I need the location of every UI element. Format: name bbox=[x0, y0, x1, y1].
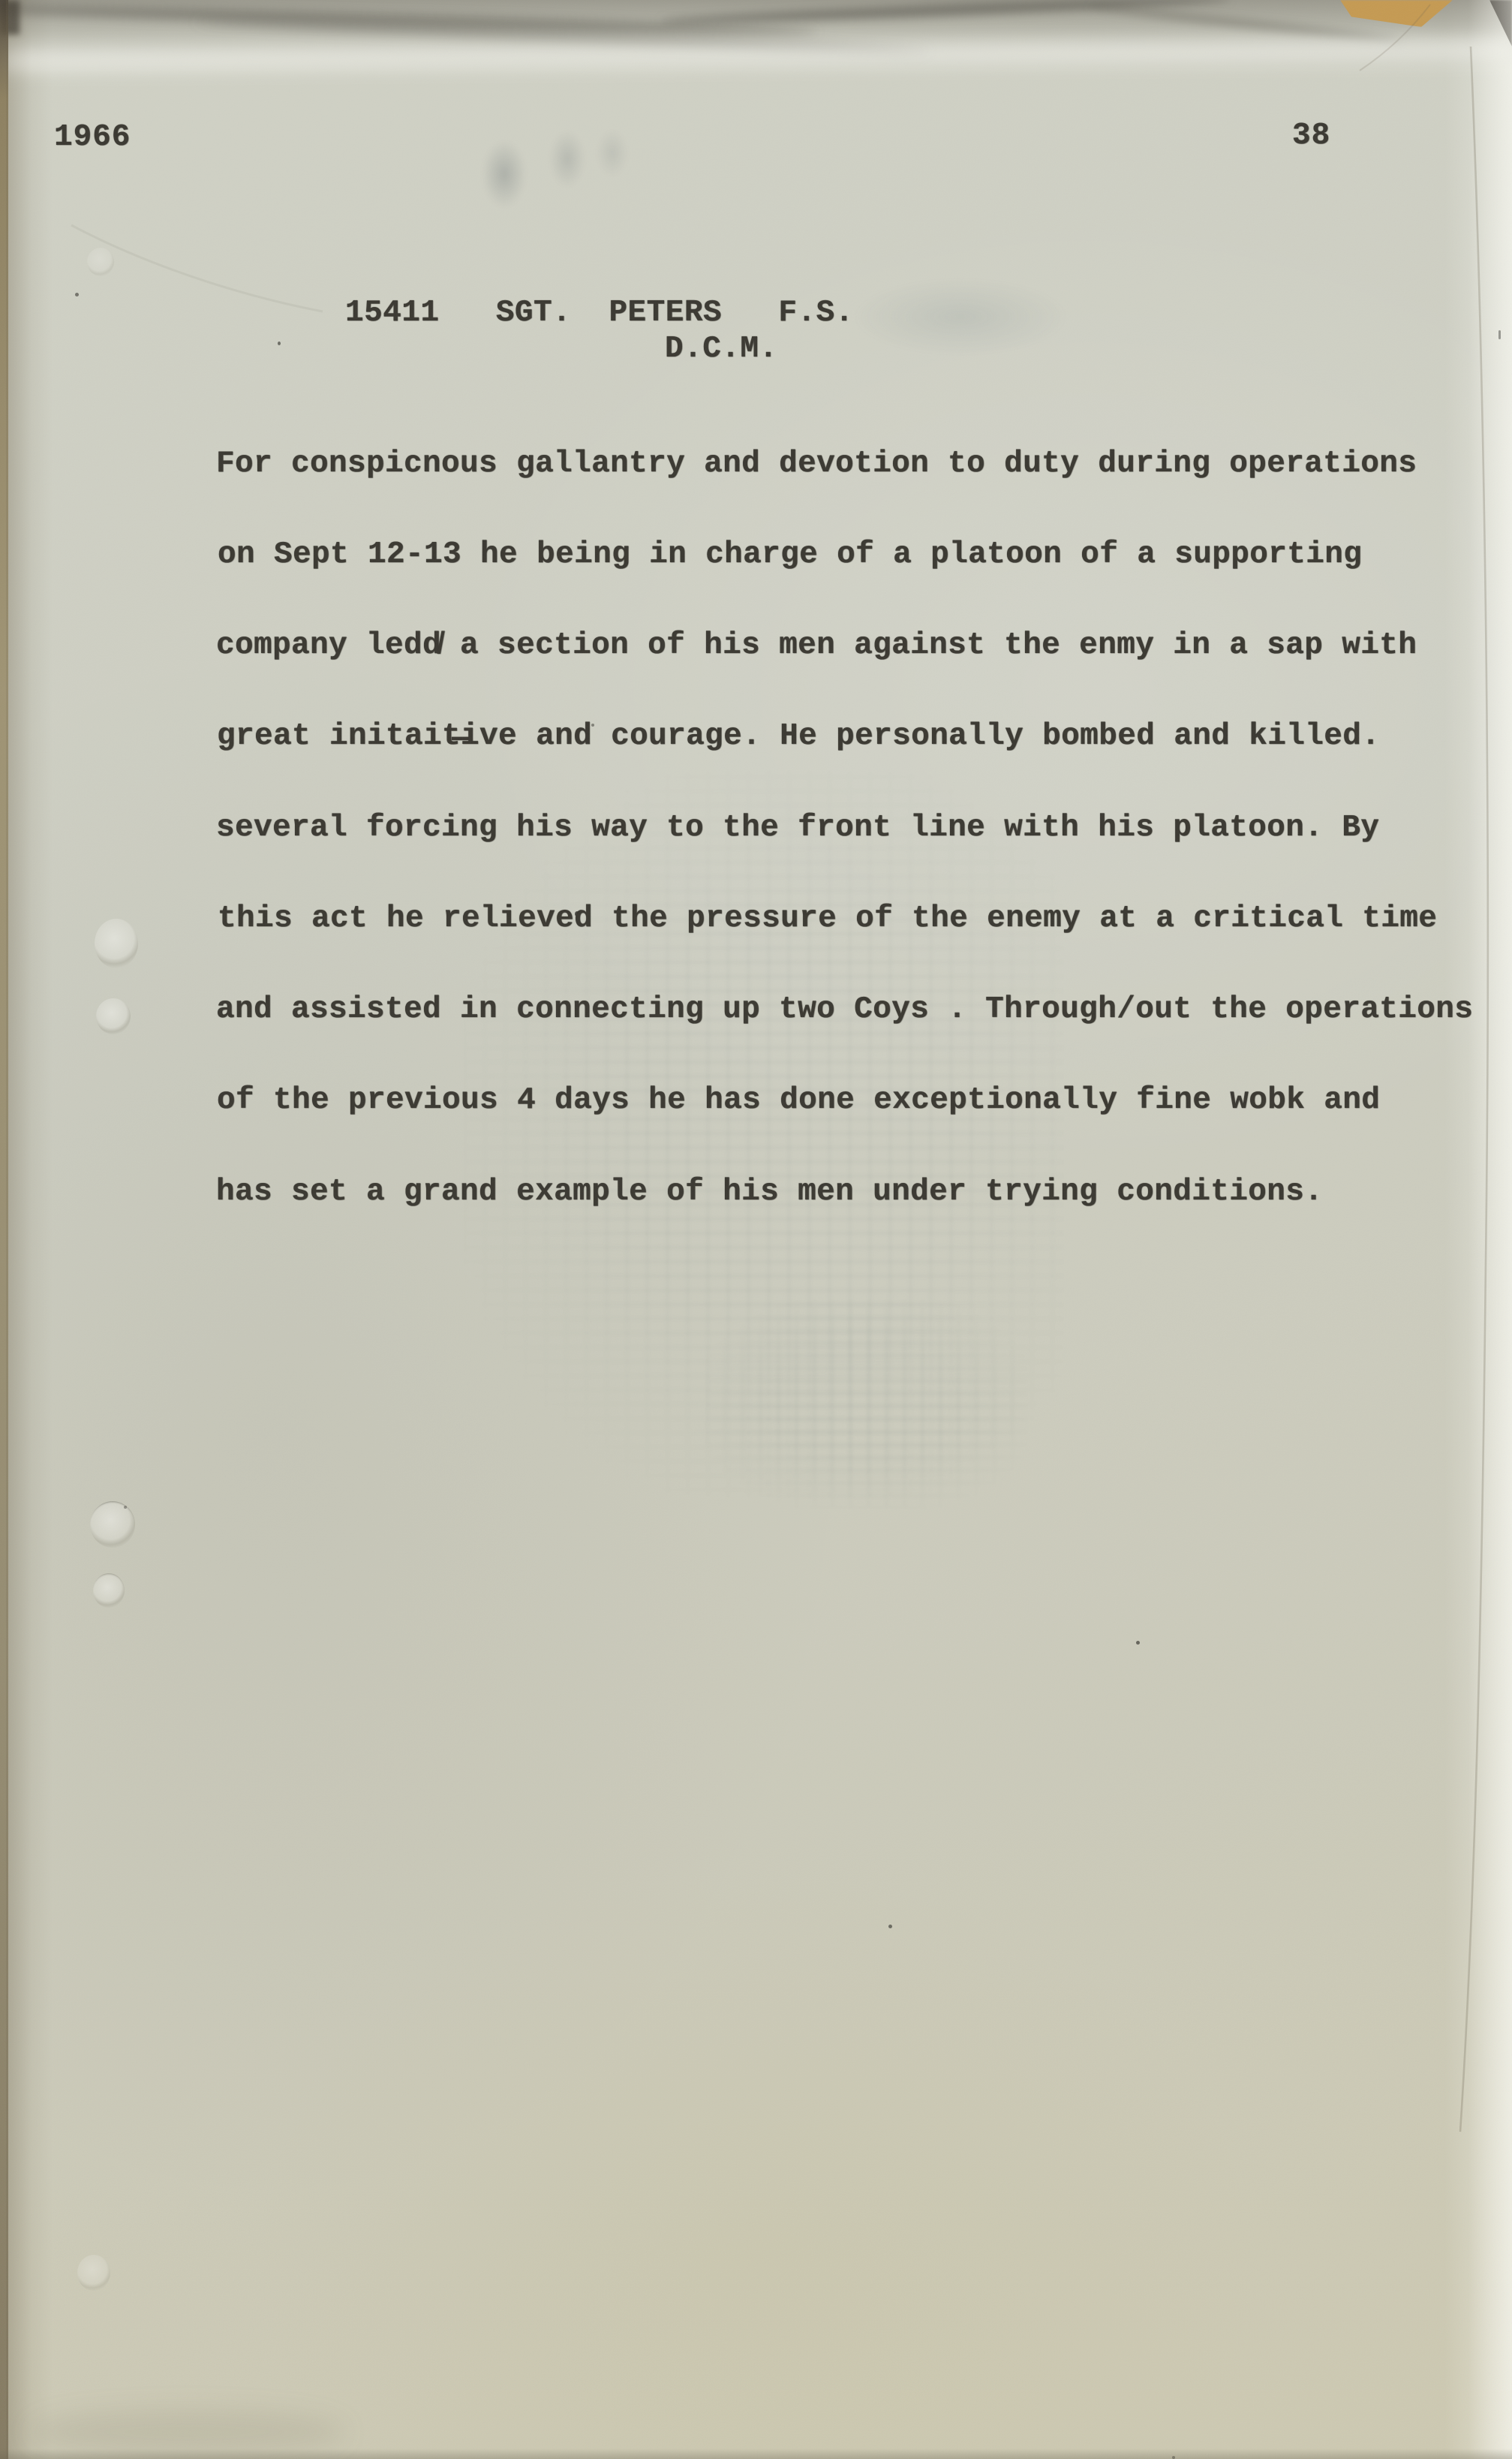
hole-punch-impression bbox=[87, 248, 114, 276]
ink-speck bbox=[278, 342, 281, 345]
bleed-through-smudge bbox=[855, 279, 1066, 354]
citation-line: has set a grand example of his men under… bbox=[216, 1177, 1473, 1207]
citation-line: great initait̶ive and courage. He person… bbox=[217, 721, 1474, 751]
ink-speck bbox=[75, 293, 79, 296]
citation-paragraph: For conspicnous gallantry and devotion t… bbox=[216, 388, 1473, 1268]
bleed-through-text-smudge bbox=[705, 1299, 1028, 1509]
ink-speck bbox=[888, 1925, 892, 1928]
hole-punch-impression bbox=[77, 2255, 110, 2291]
award-label: D.C.M. bbox=[665, 332, 778, 366]
bleed-through-smudge bbox=[477, 110, 657, 222]
page-number: 38 bbox=[1292, 119, 1330, 153]
hole-punch-impression bbox=[93, 1573, 125, 1608]
ink-speck bbox=[124, 1506, 127, 1509]
citation-heading: 15411 SGT. PETERS F.S. bbox=[345, 296, 854, 330]
citation-line: For conspicnous gallantry and devotion t… bbox=[216, 449, 1473, 479]
hole-punch-impression bbox=[95, 919, 138, 968]
citation-line: and assisted in connecting up two Coys .… bbox=[216, 995, 1473, 1025]
ink-speck bbox=[1498, 330, 1501, 339]
hole-punch-impression bbox=[90, 1501, 135, 1548]
citation-line: several forcing his way to the front lin… bbox=[216, 813, 1473, 843]
citation-line: of the previous 4 days he has done excep… bbox=[217, 1085, 1474, 1115]
corner-crease-line bbox=[1360, 5, 1430, 71]
ink-speck bbox=[1136, 1641, 1140, 1645]
citation-line: company ledd̸ a section of his men again… bbox=[216, 631, 1473, 661]
ink-speck bbox=[1172, 2456, 1175, 2459]
hole-punch-impression bbox=[96, 998, 131, 1034]
citation-line: on Sept 12-13 he being in charge of a pl… bbox=[218, 540, 1474, 570]
citation-line: this act he relieved the pressure of the… bbox=[218, 904, 1474, 934]
year-label: 1966 bbox=[54, 120, 131, 155]
document-page: 1966 38 15411 SGT. PETERS F.S. D.C.M. Fo… bbox=[0, 0, 1512, 2459]
